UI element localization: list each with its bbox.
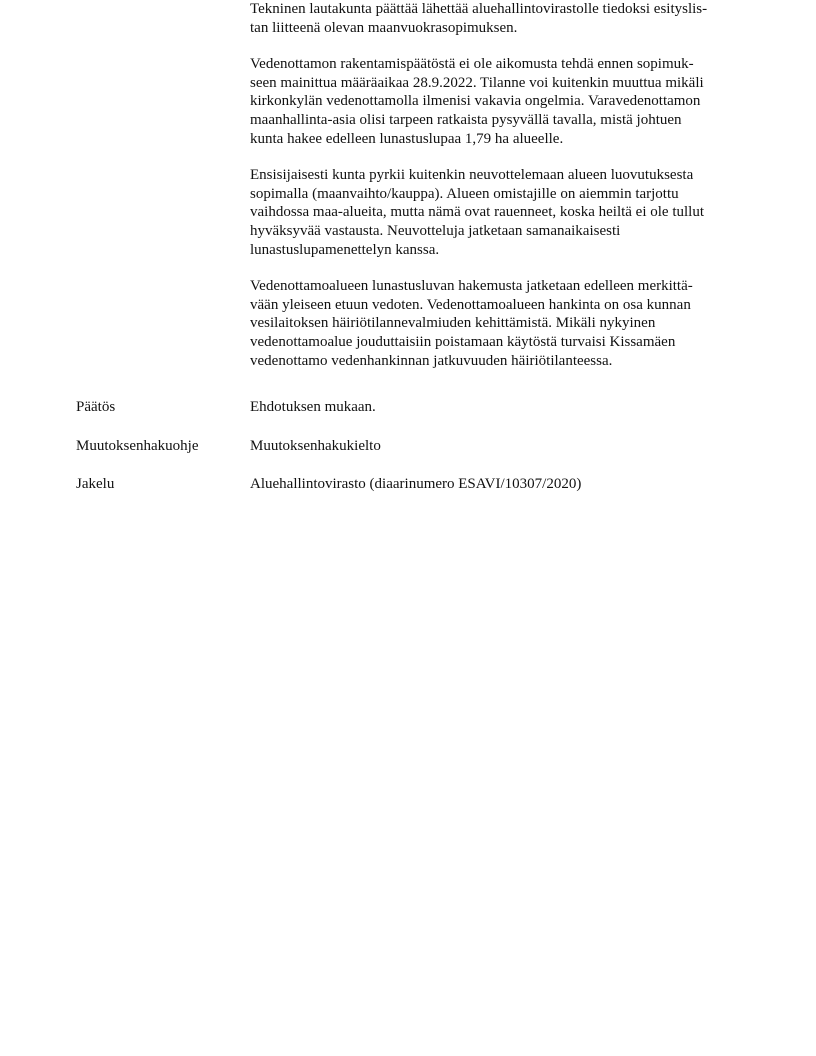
paragraph-expropriation-application: Vedenottamoalueen lunastusluvan hakemust… [250,277,750,370]
paragraph-construction-decision: Vedenottamon rakentamispäätöstä ei ole a… [250,55,750,148]
field-value-appeal-instructions: Muutoksenhakukielto [250,437,381,455]
field-value-distribution: Aluehallintovirasto (diaarinumero ESAVI/… [250,475,581,493]
body-text: Tekninen lautakunta päättää lähettää alu… [250,0,750,388]
document-page: Tekninen lautakunta päättää lähettää alu… [0,0,816,1056]
field-value-decision: Ehdotuksen mukaan. [250,398,376,416]
field-row-distribution: Jakelu Aluehallintovirasto (diaarinumero… [76,475,776,514]
field-label-distribution: Jakelu [76,475,114,493]
field-label-appeal-instructions: Muutoksenhakuohje [76,437,198,455]
paragraph-decision-notice: Tekninen lautakunta päättää lähettää alu… [250,0,750,37]
decision-fields: Päätös Ehdotuksen mukaan. Muutoksenhakuo… [76,398,776,514]
field-label-decision: Päätös [76,398,115,416]
paragraph-negotiations: Ensisijaisesti kunta pyrkii kuitenkin ne… [250,166,750,259]
field-row-appeal-instructions: Muutoksenhakuohje Muutoksenhakukielto [76,437,776,476]
field-row-decision: Päätös Ehdotuksen mukaan. [76,398,776,437]
